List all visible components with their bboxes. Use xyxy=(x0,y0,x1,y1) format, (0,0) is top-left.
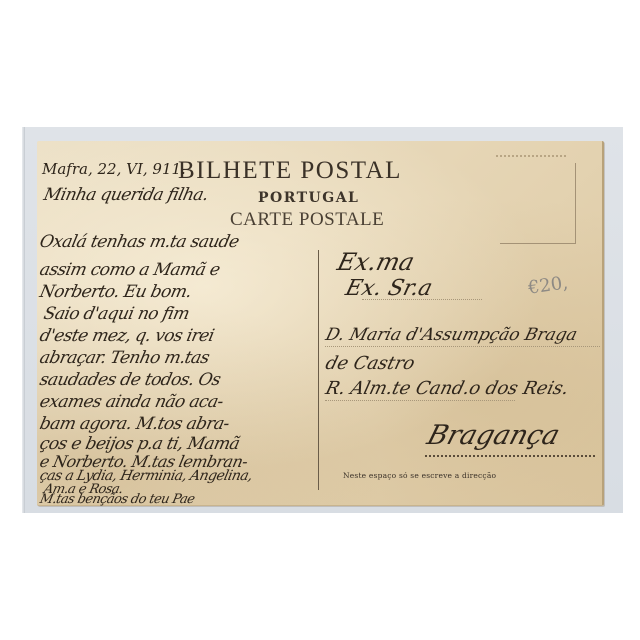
postcard-country: PORTUGAL xyxy=(258,190,359,206)
message-line: saudades de todos. Os xyxy=(38,370,222,390)
message-line: exames ainda não aca- xyxy=(38,392,225,412)
address-line xyxy=(325,400,515,401)
address-city: Bragança xyxy=(424,420,564,451)
message-line: Oxalá tenhas m.ta saude xyxy=(38,232,241,252)
stamp-box xyxy=(500,163,576,244)
message-line: ços e beijos p.a ti, Mamã xyxy=(38,434,241,454)
address-line-text: R. Alm.te Cand.o dos Reis. xyxy=(323,378,571,399)
message-line: Saio d'aqui no fim xyxy=(42,304,191,324)
message-line: M.tas bençãos do teu Pae xyxy=(38,492,195,507)
address-note: Neste espaço só se escreve a direcção xyxy=(343,471,496,480)
address-line-text: de Castro xyxy=(323,353,417,374)
message-line: Minha querida filha. xyxy=(42,185,210,205)
message-line: d'este mez, q. vos irei xyxy=(38,326,216,346)
postcard-title: BILHETE POSTAL xyxy=(178,157,402,185)
address-line xyxy=(325,346,600,347)
stamp-area-dotted-edge xyxy=(496,155,566,157)
message-line: assim como a Mamã e xyxy=(38,260,222,280)
message-address-divider xyxy=(318,250,319,490)
message-line: bam agora. M.tos abra- xyxy=(38,414,231,434)
postcard-subtitle: CARTE POSTALE xyxy=(230,209,384,231)
address-line-text: D. Maria d'Assumpção Braga xyxy=(324,325,580,345)
message-line: abraçar. Tenho m.tas xyxy=(38,348,211,368)
address-line-text: Ex.ma xyxy=(335,248,418,276)
message-line: Norberto. Eu bom. xyxy=(38,282,193,302)
handwritten-date: Mafra, 22, VI, 911. xyxy=(42,160,186,178)
address-line xyxy=(425,455,595,457)
address-line-text: Ex. Sr.a xyxy=(343,276,435,301)
